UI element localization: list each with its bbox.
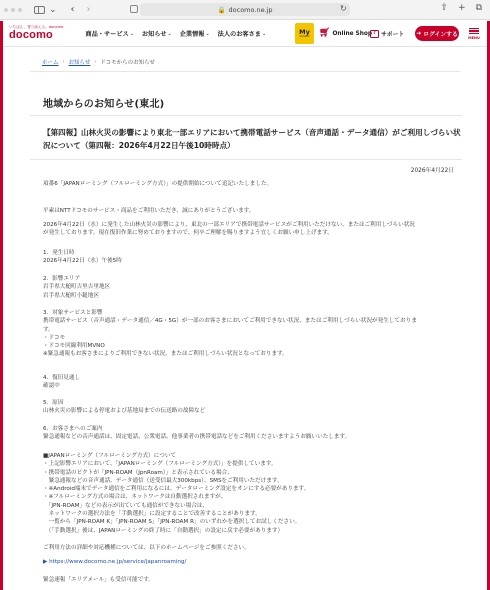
body-line: 確認中 <box>43 382 461 390</box>
body-line: ・※フルローミング方式の場合は、ネットワークは自動選択されますが、 <box>43 493 461 501</box>
nav-products-services[interactable]: 商品・サービス⌄ <box>85 29 134 38</box>
body-line: 2026年4月22日（水）に発生した山林火災の影響により、東北の一部エリアで携帯… <box>43 221 461 229</box>
window-controls[interactable] <box>4 8 22 12</box>
body-line: 緊急通報などの音声通話は、固定電話、公衆電話、他事業者の携帯電話などをご利用くだ… <box>43 433 461 441</box>
divider <box>30 159 462 160</box>
body-line: 2026年4月22日（水）午後5時 <box>43 257 461 265</box>
login-button[interactable]: ➜ ログインする <box>415 26 459 41</box>
page-title: 地域からのお知らせ(東北) <box>43 95 463 110</box>
body-line: 岩手県大槌町小鎚地区 <box>43 292 461 300</box>
cart-icon: 🛒︎ <box>319 29 330 38</box>
nav-corporate-info[interactable]: 企業情報⌄ <box>180 29 210 38</box>
body-line: ネットワークの選択方法を「手動選択」に設定することで改善することがあります。 <box>43 510 461 518</box>
chevron-down-icon: ⌄ <box>167 31 171 37</box>
body-line: 岩手県大槌町吉里吉里地区 <box>43 283 461 291</box>
chevron-down-icon[interactable]: ⌄ <box>49 5 57 15</box>
address-bar[interactable]: 🔒 docomo.ne.jp <box>140 3 350 16</box>
body-line: が発生しております。現在復旧作業に努めておりますので、何卒ご理解を賜りますよう宜… <box>43 229 461 237</box>
body-paragraph: 2．影響エリア岩手県大槌町吉里吉里地区岩手県大槌町小鎚地区 <box>43 275 461 300</box>
body-line: 「JPN-ROAM」などの表示が出ていても通信ができない場合は、 <box>43 502 461 510</box>
body-line: 2．影響エリア <box>43 275 461 283</box>
body-line: ・ドコモ <box>43 334 461 342</box>
lock-icon: 🔒 <box>217 6 225 14</box>
body-line: 1．発生日時 <box>43 249 461 257</box>
body-paragraph: 3．対象サービスと影響携帯電話サービス（音声通話・データ通信／4G・5G）が一部… <box>43 309 461 359</box>
breadcrumb-current: ドコモからのお知らせ <box>100 58 155 66</box>
login-icon: ➜ <box>416 30 421 37</box>
body-line: ■JAPANローミング（フルローミング方式）について <box>43 452 461 460</box>
body-paragraph: ご利用方法の詳細や対応機種については、以下のホームページをご参照ください。 <box>43 544 461 552</box>
nav-news[interactable]: お知らせ⌄ <box>142 29 172 38</box>
tabs-icon[interactable]: ⧉ <box>476 3 482 13</box>
body-paragraph: 1．発生日時2026年4月22日（水）午後5時 <box>43 249 461 266</box>
support-icon: ? <box>370 30 379 38</box>
body-line: 一覧から「JPN-ROAM K」「JPN-ROAM S」「JPN-ROAM R」… <box>43 518 461 526</box>
body-line: 項番6「JAPANローミング（フルローミング方式）」の提供開始について追記いたし… <box>43 180 461 188</box>
my-docomo-button[interactable]: My docomo <box>295 23 314 44</box>
body-line: ・ドコモ回線利用MVNO <box>43 342 461 350</box>
body-line: 平素はNTTドコモのサービス・商品をご利用いただき、誠にありがとうございます。 <box>43 207 461 215</box>
japan-roaming-link[interactable]: ▶ https://www.docomo.ne.jp/service/japan… <box>43 558 461 566</box>
body-line: 携帯電話サービス（音声通話・データ通信／4G・5G）が一部のお客さまにおいてご利… <box>43 317 461 325</box>
global-nav: 商品・サービス⌄ お知らせ⌄ 企業情報⌄ 法人のお客さま⌄ <box>85 29 266 38</box>
body-line: す。 <box>43 326 461 334</box>
body-line: 5．原因 <box>43 399 461 407</box>
breadcrumb-home[interactable]: ホーム <box>42 58 59 66</box>
menu-button[interactable]: MENU <box>464 25 484 43</box>
tab-overview-icon[interactable] <box>130 5 138 13</box>
chevron-down-icon: ⌄ <box>262 31 266 37</box>
breadcrumb: ホーム › お知らせ › ドコモからのお知らせ <box>42 58 155 66</box>
hamburger-icon <box>469 28 479 29</box>
body-line: 緊急通報などの音声通話、データ通信（送受信最大300kbps）、SMSをご利用い… <box>43 477 461 485</box>
area-mail-note: 緊急速報「エリアメール」も受信可能です。 <box>43 576 461 584</box>
chevron-down-icon: ⌄ <box>205 31 209 37</box>
body-line: ・上記影響エリアにおいて、「JAPANローミング（フルローミング方式）」を提供し… <box>43 460 461 468</box>
share-icon[interactable]: ⇧ <box>440 3 448 13</box>
breadcrumb-news[interactable]: お知らせ <box>69 58 91 66</box>
body-paragraph: 6．お客さまへのご案内緊急通報などの音声通話は、固定電話、公衆電話、他事業者の携… <box>43 425 461 442</box>
support-link[interactable]: ? サポート <box>370 29 404 38</box>
body-line: ※緊急通報もお客さまによりご利用できない状況、またはご利用しづらい状況となってお… <box>43 350 461 358</box>
body-line: ・携帯電話のピクトが「JPN-ROAM（JpnRoam）」と表示されている場合、 <box>43 469 461 477</box>
divider <box>30 71 460 72</box>
online-shop-link[interactable]: 🛒︎ Online Shop <box>319 29 372 38</box>
chevron-down-icon: ⌄ <box>130 31 134 37</box>
body-paragraph: 平素はNTTドコモのサービス・商品をご利用いただき、誠にありがとうございます。 <box>43 207 461 215</box>
back-button[interactable]: ‹ <box>71 4 75 15</box>
reload-icon[interactable]: ↻ <box>340 4 347 13</box>
body-paragraph: 項番6「JAPANローミング（フルローミング方式）」の提供開始について追記いたし… <box>43 180 461 188</box>
body-line: 4．復旧見通し <box>43 374 461 382</box>
logo-text: docomo <box>9 30 63 41</box>
body-line: ご利用方法の詳細や対応機種については、以下のホームページをご参照ください。 <box>43 544 461 552</box>
main-content: 地域からのお知らせ(東北) <box>43 95 463 110</box>
body-line: 6．お客さまへのご案内 <box>43 425 461 433</box>
body-paragraph: 4．復旧見通し確認中 <box>43 374 461 391</box>
body-line: （「手動選択」後は、JAPANローミングの終了時に「自動選択」の設定に戻す必要が… <box>43 527 461 535</box>
body-line: 山林火災の影響による停電および基地局までの伝送路の故障など <box>43 407 461 415</box>
divider <box>30 115 462 116</box>
forward-button[interactable]: › <box>87 4 91 15</box>
body-paragraph: 5．原因山林火災の影響による停電および基地局までの伝送路の故障など <box>43 399 461 416</box>
nav-business-customers[interactable]: 法人のお客さま⌄ <box>218 29 267 38</box>
new-tab-icon[interactable]: + <box>458 3 466 13</box>
body-paragraph: ■JAPANローミング（フルローミング方式）について・上記影響エリアにおいて、「… <box>43 452 461 535</box>
notice-title: 【第四報】山林火災の影響により東北一部エリアにおいて携帯電話サービス（音声通話・… <box>43 127 463 152</box>
chevron-right-icon: › <box>63 59 65 65</box>
site-header: いちばん、寄り添える。docomo docomo 商品・サービス⌄ お知らせ⌄ … <box>3 21 487 47</box>
body-line: 3．対象サービスと影響 <box>43 309 461 317</box>
chevron-right-icon: › <box>94 59 96 65</box>
docomo-logo[interactable]: いちばん、寄り添える。docomo docomo <box>9 26 63 41</box>
browser-toolbar: ⌄ ‹ › 🔒 docomo.ne.jp ↻ ⇧ + ⧉ <box>0 0 490 20</box>
body-paragraph: 2026年4月22日（水）に発生した山林火災の影響により、東北の一部エリアで携帯… <box>43 221 461 238</box>
publish-date: 2026年4月22日 <box>411 165 454 174</box>
japan-roaming-link-block: ▶ https://www.docomo.ne.jp/service/japan… <box>43 558 461 566</box>
url-text: docomo.ne.jp <box>229 6 273 14</box>
sidebar-toggle-icon[interactable] <box>34 6 45 14</box>
body-line: ・※Android端末でデータ通信をご利用になるには、データローミング設定をオン… <box>43 485 461 493</box>
